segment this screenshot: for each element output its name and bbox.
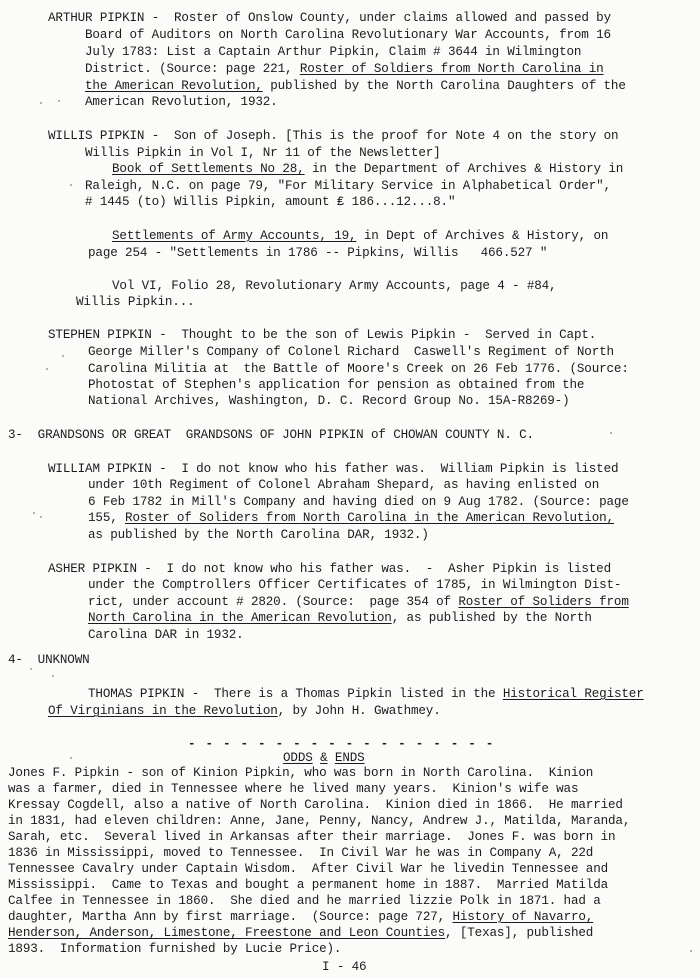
odds-ends-heading: ODDS & ENDS	[283, 750, 365, 766]
entry-willis-line-5: # 1445 (to) Willis Pipkin, amount ₤ 186.…	[85, 194, 455, 210]
source-title: Roster of Soliders from North Carolina i…	[125, 511, 614, 525]
entry-stephen-line-4: Photostat of Stephen's application for p…	[88, 377, 584, 393]
entry-william-line-1: WILLIAM PIPKIN - I do not know who his f…	[48, 461, 618, 477]
entry-name-stephen-pipkin: STEPHEN PIPKIN -	[48, 328, 167, 342]
section-3-heading: 3- GRANDSONS OR GREAT GRANDSONS OF JOHN …	[8, 427, 534, 443]
source-title: Settlements of Army Accounts, 19,	[112, 229, 356, 243]
source-title: Roster of Soldiers from North Carolina i…	[300, 62, 604, 76]
entry-willis-line-6: Settlements of Army Accounts, 19, in Dep…	[112, 228, 608, 244]
entry-name-asher-pipkin: ASHER PIPKIN -	[48, 562, 152, 576]
odds-ends-line-3: Kressay Cogdell, also a native of North …	[8, 797, 623, 813]
entry-willis-line-7: page 254 - "Settlements in 1786 -- Pipki…	[88, 245, 547, 261]
entry-willis-line-4: Raleigh, N.C. on page 79, "For Military …	[85, 178, 611, 194]
scan-speck	[610, 432, 612, 434]
section-4-heading: 4- UNKNOWN	[8, 652, 90, 668]
source-title: History of Navarro,	[452, 910, 593, 924]
entry-willis-line-3: Book of Settlements No 28, in the Depart…	[112, 161, 623, 177]
section-number: 3-	[8, 428, 23, 442]
source-title: Historical Register	[503, 687, 644, 701]
entry-arthur-line-4: District. (Source: page 221, Roster of S…	[85, 61, 604, 77]
odds-ends-line-10: daughter, Martha Ann by first marriage. …	[8, 909, 593, 925]
odds-ends-line-11: Henderson, Anderson, Limestone, Freeston…	[8, 925, 593, 941]
source-title: Of Virginians in the Revolution	[48, 704, 278, 718]
entry-stephen-line-3: Carolina Militia at the Battle of Moore'…	[88, 361, 629, 377]
odds-ends-line-1: Jones F. Pipkin - son of Kinion Pipkin, …	[8, 765, 593, 781]
entry-asher-line-3: rict, under account # 2820. (Source: pag…	[88, 594, 629, 610]
source-title: Henderson, Anderson, Limestone, Freeston…	[8, 926, 445, 940]
entry-willis-line-9: Willis Pipkin...	[76, 294, 195, 310]
entry-asher-line-4: North Carolina in the American Revolutio…	[88, 610, 592, 626]
odds-ends-line-4: in 1831, had eleven children: Anne, Jane…	[8, 813, 630, 829]
entry-arthur-line-5: the American Revolution, published by th…	[85, 78, 626, 94]
section-number: 4-	[8, 653, 23, 667]
entry-name-arthur-pipkin: ARTHUR PIPKIN -	[48, 11, 159, 25]
entry-name-thomas-pipkin: THOMAS PIPKIN -	[88, 687, 199, 701]
entry-stephen-line-5: National Archives, Washington, D. C. Rec…	[88, 393, 570, 409]
scan-speck	[46, 368, 48, 370]
odds-ends-line-2: was a farmer, died in Tennessee where he…	[8, 781, 578, 797]
source-title: Roster of Soliders from	[458, 595, 628, 609]
entry-stephen-line-2: George Miller's Company of Colonel Richa…	[88, 344, 614, 360]
source-title: North Carolina in the American Revolutio…	[88, 611, 392, 625]
scan-speck	[58, 100, 60, 102]
page-number: I - 46	[322, 959, 366, 975]
scan-speck	[30, 668, 32, 670]
scan-speck	[70, 184, 72, 186]
entry-william-line-3: 6 Feb 1782 in Mill's Company and having …	[88, 494, 629, 510]
entry-willis-line-8: Vol VI, Folio 28, Revolutionary Army Acc…	[112, 278, 556, 294]
entry-name-william-pipkin: WILLIAM PIPKIN -	[48, 462, 167, 476]
odds-ends-line-12: 1893. Information furnished by Lucie Pri…	[8, 941, 341, 957]
source-title: the American Revolution,	[85, 79, 263, 93]
entry-william-line-5: as published by the North Carolina DAR, …	[88, 527, 429, 543]
scan-speck	[62, 355, 64, 357]
entry-arthur-line-1: ARTHUR PIPKIN - Roster of Onslow County,…	[48, 10, 611, 26]
odds-ends-line-8: Mississippi. Came to Texas and bought a …	[8, 877, 608, 893]
odds-ends-line-6: 1836 in Mississippi, moved to Tennessee.…	[8, 845, 593, 861]
entry-arthur-line-2: Board of Auditors on North Carolina Revo…	[85, 27, 611, 43]
entry-william-line-4: 155, Roster of Soliders from North Carol…	[88, 510, 614, 526]
scan-speck	[52, 675, 54, 677]
odds-ends-line-7: Tennessee Cavalry under Captain Wisdom. …	[8, 861, 608, 877]
entry-stephen-line-1: STEPHEN PIPKIN - Thought to be the son o…	[48, 327, 596, 343]
entry-william-line-2: under 10th Regiment of Colonel Abraham S…	[88, 477, 599, 493]
scan-speck	[40, 516, 42, 518]
scan-speck	[690, 950, 692, 952]
scan-speck	[33, 512, 35, 514]
entry-thomas-line-2: Of Virginians in the Revolution, by John…	[48, 703, 441, 719]
entry-willis-line-1: WILLIS PIPKIN - Son of Joseph. [This is …	[48, 128, 618, 144]
entry-name-willis-pipkin: WILLIS PIPKIN -	[48, 129, 159, 143]
odds-ends-line-9: Calfee in Tennessee in 1860. She died an…	[8, 893, 601, 909]
entry-willis-line-2: Willis Pipkin in Vol I, Nr 11 of the New…	[85, 145, 441, 161]
entry-arthur-line-3: July 1783: List a Captain Arthur Pipkin,…	[85, 44, 581, 60]
source-title: Book of Settlements No 28,	[112, 162, 305, 176]
entry-asher-line-2: under the Comptrollers Officer Certifica…	[88, 577, 621, 593]
scan-speck	[70, 757, 72, 759]
odds-ends-line-5: Sarah, etc. Several lived in Arkansas af…	[8, 829, 615, 845]
document-page: ARTHUR PIPKIN - Roster of Onslow County,…	[0, 0, 700, 978]
entry-thomas-line-1: THOMAS PIPKIN - There is a Thomas Pipkin…	[88, 686, 644, 702]
entry-asher-line-1: ASHER PIPKIN - I do not know who his fat…	[48, 561, 611, 577]
scan-speck	[40, 102, 42, 104]
entry-asher-line-5: Carolina DAR in 1932.	[88, 627, 244, 643]
entry-arthur-line-6: American Revolution, 1932.	[85, 94, 278, 110]
